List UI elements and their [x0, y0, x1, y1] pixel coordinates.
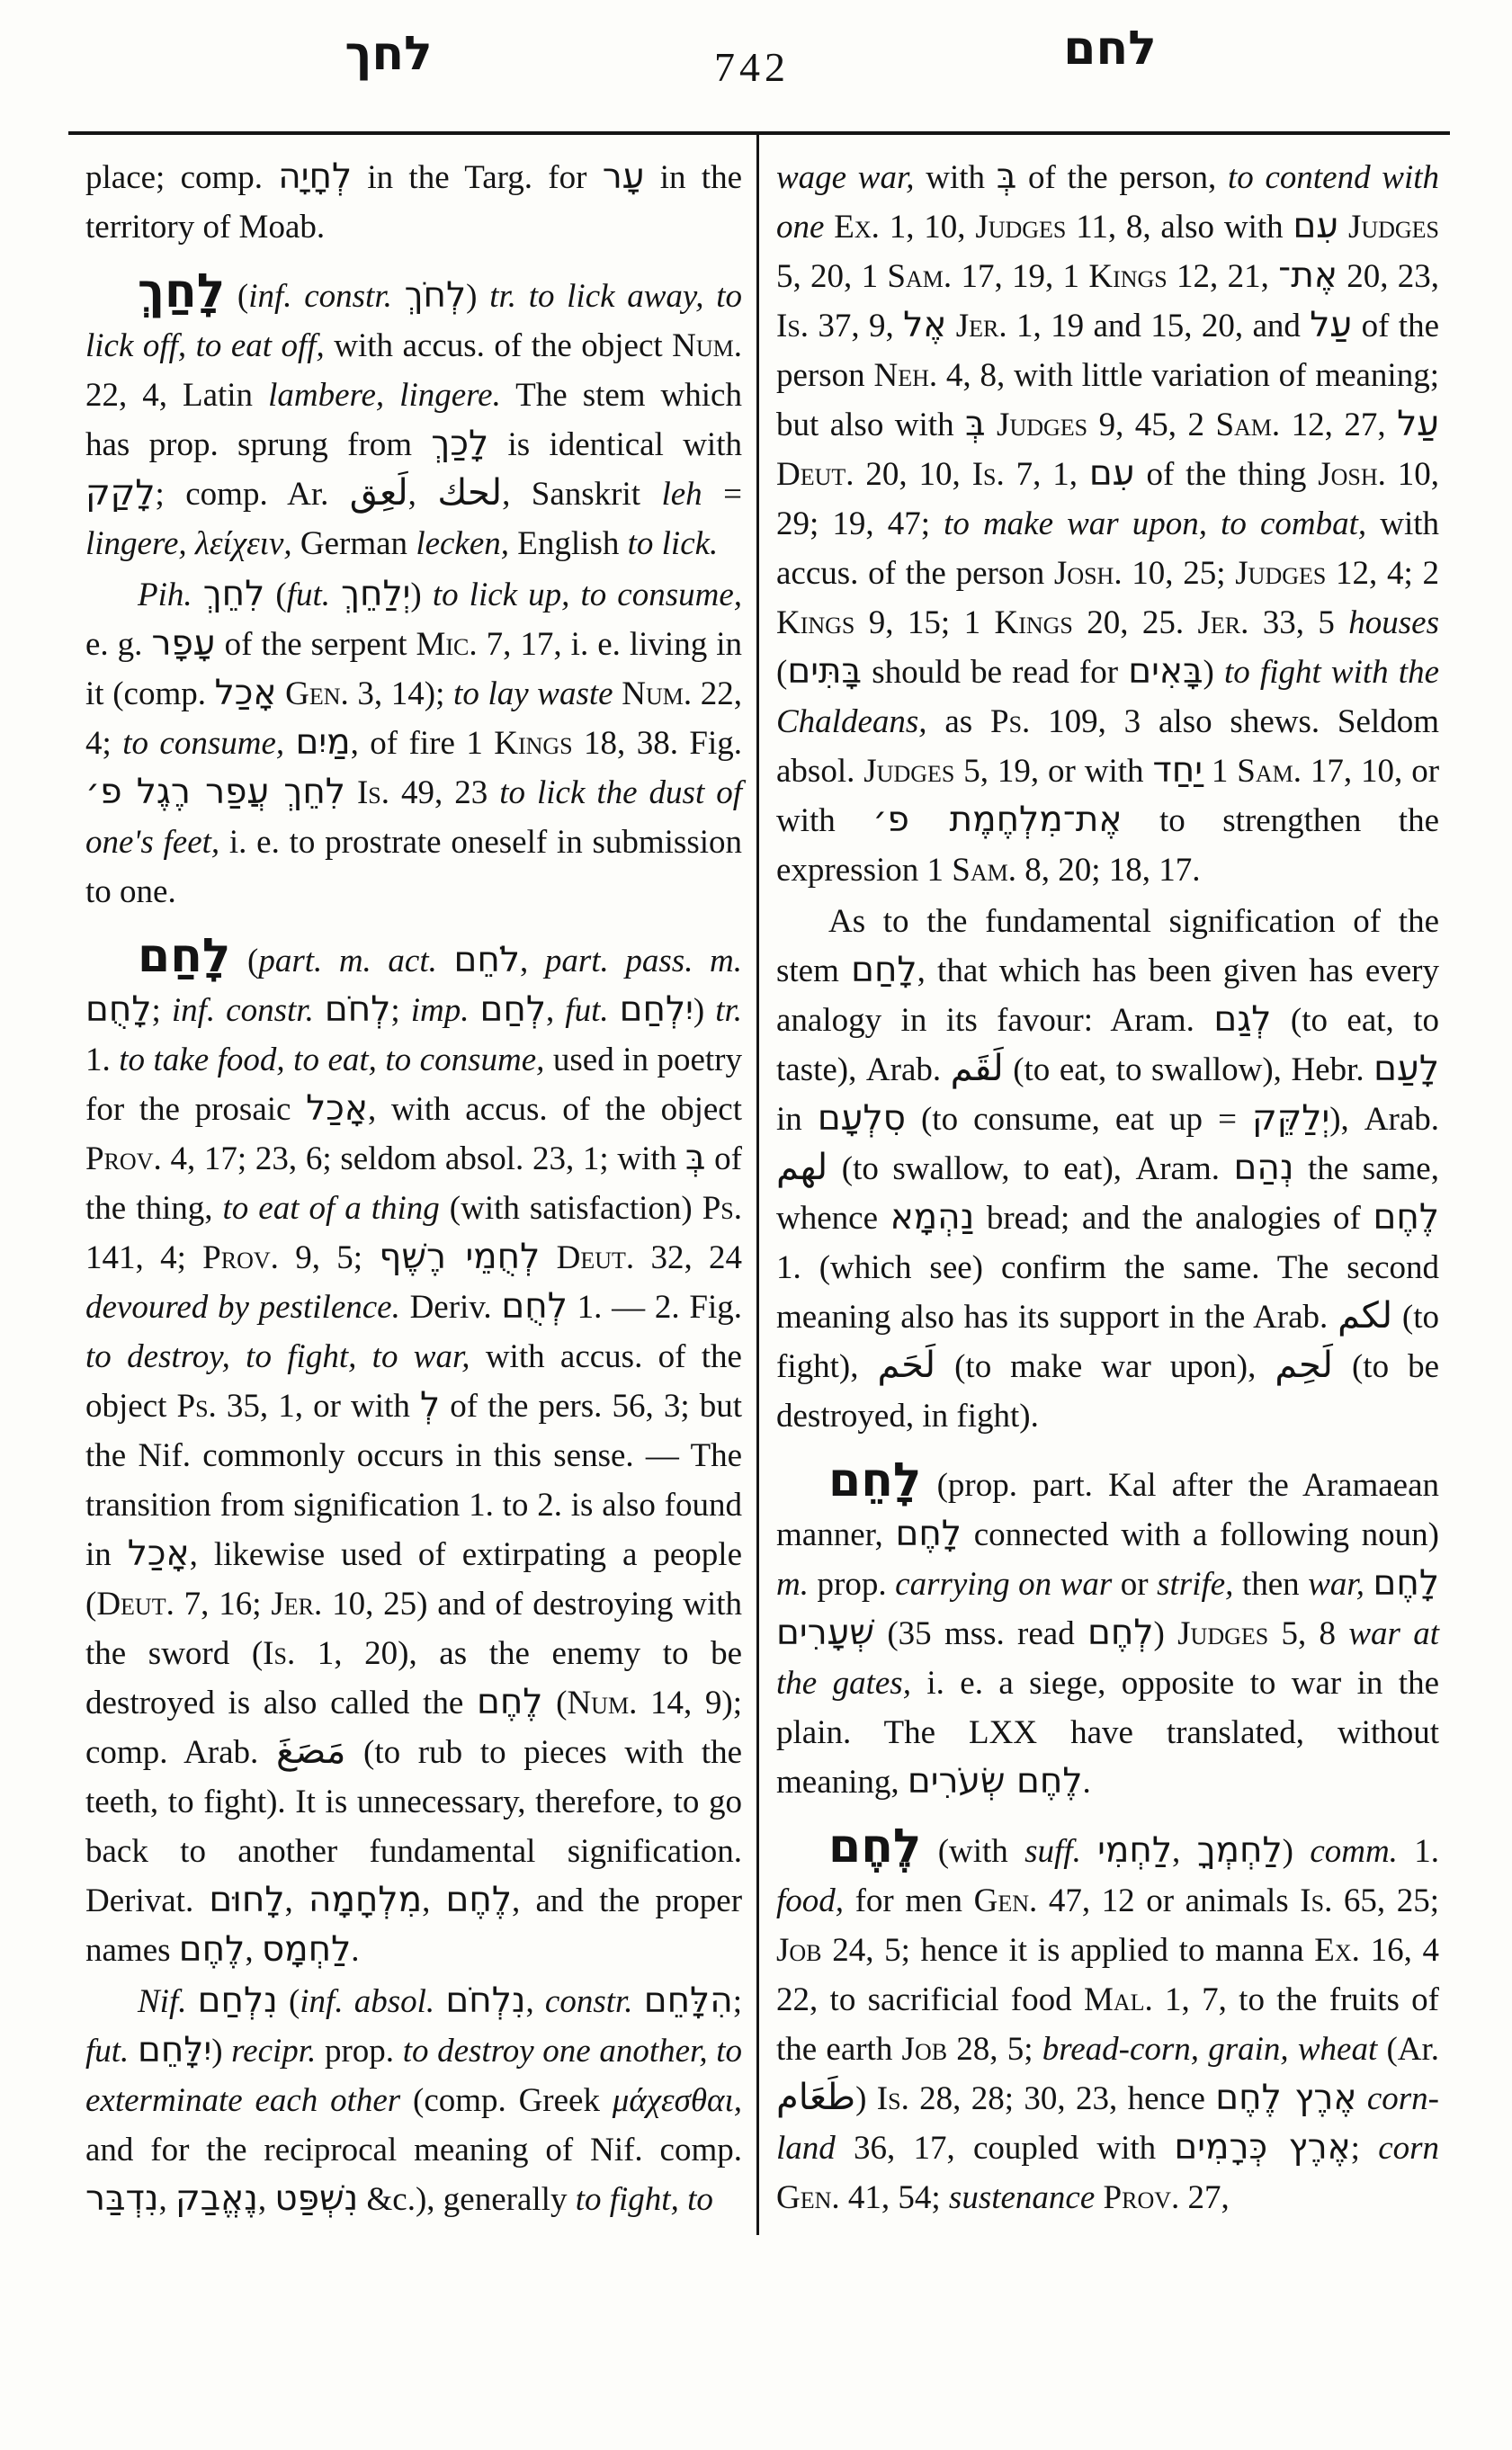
text-run: 17, 19, 1 [952, 258, 1088, 295]
text-run: 37, 9, [809, 308, 903, 344]
text-run: ( [542, 1685, 567, 1721]
hebrew-text: נְהַם [1234, 1148, 1294, 1188]
text-run [540, 1239, 556, 1276]
text-run: ; comp. Ar. [156, 476, 350, 513]
scripture-ref: Deut. [96, 1586, 174, 1623]
text-run: 20, 23, [1338, 258, 1439, 295]
scripture-ref: Prov. [202, 1239, 279, 1276]
hebrew-text: אֶרֶץ לֶחֶם [1215, 2078, 1356, 2118]
text-run: in the Targ. for [352, 159, 603, 196]
hebrew-text: בְּ [965, 404, 986, 444]
scripture-ref: Judges [863, 753, 954, 790]
text-run: 32, 24 [634, 1239, 742, 1276]
scripture-ref: Deut. [557, 1239, 635, 1276]
scripture-ref: Jer. [271, 1586, 322, 1623]
text-run: to consume, [122, 725, 284, 762]
hebrew-text: אֶרֶץ כְּרָמִים [1174, 2127, 1350, 2168]
hebrew-headword: לֶחֶם [828, 1820, 921, 1873]
hebrew-text: עַל [1310, 305, 1352, 345]
scripture-ref: Prov. [1104, 2179, 1180, 2216]
text-run: part. pass. m. [545, 943, 742, 979]
scripture-ref: Judges [1177, 1615, 1268, 1652]
text-run: 20, 25. [1073, 604, 1198, 641]
text-run [986, 407, 997, 443]
text-run: 35, 1, or with [217, 1388, 420, 1425]
text-run [633, 1983, 644, 2020]
text-run: comm. [1310, 1833, 1398, 1870]
hebrew-text: אָכַל [215, 673, 277, 713]
left-paragraph-2: לָחַךְ (inf. constr. לְחֹךְ) tr. to lick… [85, 268, 742, 568]
text-run [1364, 1566, 1373, 1603]
hebrew-text: יִלְחַם [620, 989, 693, 1030]
text-run: sustenance [949, 2179, 1095, 2216]
scripture-ref: Job [902, 2031, 948, 2068]
text-run: ) [693, 992, 715, 1029]
text-run: English [509, 525, 628, 562]
scripture-ref: Is. [357, 774, 389, 811]
left-paragraph-5: Nif. נִלְחַם (inf. absol. נִלְחֹם, const… [85, 1977, 742, 2224]
text-run: (Ar. [1377, 2031, 1439, 2068]
text-run: 5, 19, or with [954, 753, 1152, 790]
hebrew-text: לְ [420, 1385, 440, 1426]
hebrew-text: לְחֶם [1087, 1613, 1154, 1653]
hebrew-text: עָר [603, 156, 645, 197]
hebrew-text: אֶל [903, 305, 946, 345]
text-run: 141, 4; [85, 1239, 202, 1276]
hebrew-text: נַהְמָא [890, 1197, 975, 1238]
text-run: bread; and the analogies of [974, 1200, 1373, 1237]
text-run: ) [211, 2033, 231, 2070]
hebrew-text: לֹחֵם [453, 940, 520, 980]
text-run: ; [733, 1983, 742, 2020]
text-run: to lick. [628, 525, 719, 562]
text-run: , [520, 943, 545, 979]
text-run: lingere, [85, 525, 187, 562]
text-run: tr. [715, 992, 742, 1029]
text-run: 27, [1179, 2179, 1230, 2216]
text-run: imp. [411, 992, 470, 1029]
scripture-ref: Judges [1235, 555, 1326, 592]
text-run: is identical with [488, 426, 742, 463]
text-run: fut. [565, 992, 608, 1029]
column-divider [756, 135, 759, 2235]
hebrew-text: לְחַם [479, 989, 546, 1030]
scripture-ref: Ex. [834, 209, 880, 246]
scripture-ref: Judges [975, 209, 1066, 246]
text-run: ( [264, 577, 286, 613]
text-run: 41, 54; [840, 2179, 949, 2216]
hebrew-text: יְלַחֵךְ [341, 574, 410, 614]
text-run: ( [230, 943, 258, 979]
text-run: in [776, 1101, 818, 1138]
text-run: to take food, to eat, to consume, [119, 1042, 544, 1078]
text-run: to destroy, to fight, to war, [85, 1338, 470, 1375]
scripture-ref: Is. [972, 456, 1005, 493]
left-paragraph-3: Pih. לִחֵךְ (fut. יְלַחֵךְ) to lick up, … [85, 570, 742, 917]
text-run: 49, 23 [389, 774, 499, 811]
text-run: ; [152, 992, 172, 1029]
hebrew-text: בָּתִּים [787, 651, 862, 692]
text-run [613, 675, 622, 712]
text-run: Deriv. [400, 1289, 502, 1326]
right-column: wage war, with בְּ of the person, to con… [776, 153, 1439, 2222]
hebrew-text: לְחֻמֵי רֶשֶׁף [379, 1237, 540, 1277]
text-run: of the serpent [216, 626, 416, 663]
text-run: 24, 5; hence it is applied to manna [822, 1932, 1315, 1969]
text-run: 5, 8 [1268, 1615, 1348, 1652]
text-run [946, 308, 955, 344]
scripture-ref: Is. [776, 308, 809, 344]
hebrew-text: יְלַקֵּק [1252, 1098, 1329, 1139]
text-run: , Sanskrit [502, 476, 661, 513]
text-run [284, 725, 295, 762]
hebrew-headword: לָחֵם [828, 1453, 921, 1507]
hebrew-text: לָחֶם [895, 1514, 962, 1554]
scripture-ref: Num. [567, 1685, 637, 1721]
text-run: (with satisfaction) [440, 1190, 702, 1227]
text-run: 28, 5; [947, 2031, 1042, 2068]
hebrew-text: לְחָיָה [278, 156, 352, 197]
left-paragraph-1: place; comp. לְחָיָה in the Targ. for עָ… [85, 153, 742, 252]
scripture-ref: Kings [776, 604, 854, 641]
text-run [187, 1983, 198, 2020]
text-run: inf. constr. [172, 992, 314, 1029]
hebrew-text: לַחְמִי [1097, 1830, 1172, 1871]
running-head-right: לחם [1063, 25, 1156, 72]
hebrew-headword: לָחַם [138, 929, 230, 983]
text-run: Pih. [138, 577, 192, 613]
text-run: 10, 25; [1123, 555, 1236, 592]
text-run: should be read for [862, 654, 1128, 691]
hebrew-text: עִם [1089, 453, 1135, 494]
page-number: 742 [714, 47, 790, 88]
running-head-left: לחך [344, 31, 432, 77]
text-run: 1, 19 and 15, 20, and [1007, 308, 1311, 344]
text-run: , [525, 1983, 544, 2020]
text-run: 36, 17, coupled with [836, 2130, 1175, 2167]
text-run [1338, 209, 1348, 246]
text-run: German [292, 525, 416, 562]
header-rule [68, 131, 1450, 135]
text-run: 9, 15; 1 [854, 604, 994, 641]
hebrew-text: לְחֹךְ [405, 275, 467, 316]
text-run [1356, 2080, 1366, 2117]
scripture-ref: Sam. [887, 258, 952, 295]
hebrew-text: עַל [1397, 404, 1439, 444]
text-run: 33, 5 [1248, 604, 1348, 641]
scripture-ref: Jer. [956, 308, 1007, 344]
text-run: ) [1203, 654, 1224, 691]
text-run [469, 992, 479, 1029]
text-run [330, 577, 341, 613]
text-run: (to consume, eat up = [906, 1101, 1252, 1138]
arabic-text: طَعَام [776, 2077, 855, 2118]
text-run: houses [1348, 604, 1439, 641]
greek-text: λείχειν, [195, 525, 292, 562]
text-run: 1. — 2. Fig. [568, 1289, 742, 1326]
text-run: 1, 10, [880, 209, 975, 246]
arabic-text: لكم [1338, 1295, 1392, 1337]
text-run: ; [390, 992, 410, 1029]
text-run: , with accus. of the object [368, 1091, 742, 1128]
text-run: for men [844, 1882, 974, 1919]
text-run: constr. [545, 1983, 633, 2020]
text-run [276, 675, 285, 712]
text-run: with accus. of the object [325, 327, 672, 364]
text-run: 9, 45, 2 [1087, 407, 1215, 443]
text-run [129, 2033, 138, 2070]
left-column: place; comp. לְחָיָה in the Targ. for עָ… [85, 153, 742, 2224]
text-run: ( [225, 278, 248, 315]
hebrew-text: נֶאֱבַק [175, 2178, 258, 2219]
hebrew-text: לֶחֶם [446, 1880, 513, 1920]
hebrew-text: אֶת־מִלְחֶמֶת פ׳ [872, 800, 1122, 840]
scripture-ref: Prov. [85, 1140, 162, 1177]
text-run: , [258, 2181, 275, 2218]
text-run: 4, 17; 23, 6; seldom absol. 23, 1; with [162, 1140, 685, 1177]
text-run: 47, 12 or animals [1037, 1882, 1300, 1919]
scripture-ref: Ps. [990, 703, 1030, 740]
scripture-ref: Is. [1300, 1882, 1332, 1919]
text-run: 8, 20; 18, 17. [1016, 852, 1201, 889]
hebrew-text: לָחֻם [85, 989, 152, 1030]
text-run: 7, 1, [1005, 456, 1089, 493]
text-run: as [927, 703, 990, 740]
text-run: prop. [316, 2033, 402, 2070]
scripture-ref: Sam. [1215, 407, 1280, 443]
hebrew-text: לֶחֶם [477, 1682, 543, 1722]
hebrew-text: עִם [1293, 206, 1338, 246]
text-run: inf. constr. [248, 278, 392, 315]
text-run: m. [776, 1566, 809, 1603]
arabic-text: لهم [776, 1147, 828, 1188]
scripture-ref: Neh. [873, 357, 937, 394]
hebrew-text: לֶחֶם שְׂעֹרִים [908, 1761, 1083, 1802]
text-run: , [546, 992, 565, 1029]
text-run [314, 992, 325, 1029]
hebrew-text: אָכַל [128, 1533, 190, 1574]
text-run: of the person, [1016, 159, 1228, 196]
arabic-text: لَقَم [951, 1048, 1004, 1089]
text-run: and for the reciprocal meaning of Nif. c… [85, 2132, 742, 2168]
scripture-ref: Josh. [1318, 456, 1386, 493]
text-run: ) [410, 577, 432, 613]
text-run: with [915, 159, 997, 196]
text-run: 7, 16; [174, 1586, 272, 1623]
hebrew-text: לִחֵךְ עֲפַר רֶגֶל פ׳ [85, 772, 345, 812]
hebrew-text: לַחְמָס [262, 1929, 351, 1970]
text-run: 9, 5; [279, 1239, 379, 1276]
hebrew-text: עָפָר [151, 623, 215, 664]
text-run: , of fire 1 [351, 725, 495, 762]
arabic-text: لَحَم [877, 1345, 935, 1386]
text-run: connected with a following noun) [962, 1516, 1439, 1553]
text-run: 12, 21, [1168, 258, 1278, 295]
scripture-ref: Kings [494, 725, 572, 762]
text-run: bread-corn, grain, wheat [1042, 2031, 1378, 2068]
scripture-ref: Jer. [1198, 604, 1249, 641]
scripture-ref: Mal. [1084, 1981, 1153, 2018]
text-run: 12, 27, [1280, 407, 1397, 443]
hebrew-text: לַחְמְךָ [1197, 1830, 1283, 1871]
hebrew-text: בְּ [997, 156, 1017, 197]
right-paragraph-2: As to the fundamental signification of t… [776, 897, 1439, 1441]
arabic-text: لَحِم [1275, 1345, 1333, 1386]
text-run: part. m. act. [258, 943, 437, 979]
hebrew-text: לָחוּם [209, 1880, 284, 1920]
hebrew-text: נִלְחֹם [445, 1981, 525, 2021]
text-run: (35 mss. read [874, 1615, 1087, 1652]
hebrew-text: יַחַד [1152, 750, 1203, 791]
scripture-ref: Deut. [776, 456, 854, 493]
text-run: , [422, 1882, 445, 1919]
hebrew-headword: לָחַךְ [138, 264, 225, 318]
text-run: 3, 14); [349, 675, 453, 712]
right-paragraph-4: לֶחֶם (with suff. לַחְמִי, לַחְמְךָ) com… [776, 1823, 1439, 2222]
scripture-ref: Gen. [285, 675, 349, 712]
text-run [824, 209, 834, 246]
scripture-ref: Kings [994, 604, 1072, 641]
greek-text: μάχεσθαι, [613, 2082, 742, 2119]
text-run: to lick up, to consume, [433, 577, 742, 613]
hebrew-text: נִדְבַּר [85, 2178, 158, 2219]
hebrew-text: לֶחֶם [1373, 1197, 1439, 1238]
hebrew-text: לֶחֶם [179, 1929, 246, 1970]
text-run [345, 774, 357, 811]
hebrew-text: מִלְחָמָה [309, 1880, 422, 1920]
text-run: ) [1283, 1833, 1311, 1870]
text-run: (to swallow, to eat), Aram. [828, 1150, 1233, 1187]
text-run: (comp. Greek [400, 2082, 613, 2119]
scripture-ref: Num. [672, 327, 742, 364]
hebrew-text: בְּ [685, 1138, 706, 1178]
text-run: leh [661, 476, 702, 513]
text-run [392, 278, 405, 315]
hebrew-text: לְחֻם [501, 1286, 568, 1327]
text-run: Nif. [138, 1983, 187, 2020]
text-run: wage war, [776, 159, 915, 196]
text-run: to lay waste [453, 675, 613, 712]
text-run: suff. [1024, 1833, 1081, 1870]
text-run: 28, 28; 30, 23, hence [909, 2080, 1215, 2117]
text-run: 18, 38. Fig. [573, 725, 742, 762]
hebrew-text: נִלְחַם [198, 1981, 278, 2021]
scripture-ref: Ps. [177, 1388, 217, 1425]
text-run: . [351, 1932, 359, 1969]
scripture-ref: Is. [877, 2080, 909, 2117]
text-run: prop. [809, 1566, 895, 1603]
left-paragraph-4: לָחַם (part. m. act. לֹחֵם, part. pass. … [85, 933, 742, 1975]
hebrew-text: אָכַל [306, 1088, 368, 1129]
text-run: , [158, 2181, 175, 2218]
text-run: corn [1378, 2130, 1439, 2167]
text-run: , [1172, 1833, 1197, 1870]
text-run: devoured by pestilence. [85, 1289, 400, 1326]
hebrew-text: אֶת־ [1278, 255, 1338, 296]
text-run: fut. [85, 2033, 129, 2070]
hebrew-text: לָכַךְ [431, 424, 488, 464]
text-run: strife, [1157, 1566, 1233, 1603]
hebrew-text: לָעַם [1373, 1049, 1439, 1089]
text-run: lambere, lingere. [268, 377, 501, 414]
hebrew-text: לָחַם [851, 950, 917, 990]
scripture-ref: Ex. [1314, 1932, 1360, 1969]
text-run: ( [776, 654, 787, 691]
text-run: = [702, 476, 742, 513]
scripture-ref: Ps. [702, 1190, 742, 1227]
text-run: ( [278, 1983, 300, 2020]
text-run: lecken, [416, 525, 509, 562]
lexicon-page: לחך 742 לחם place; comp. לְחָיָה in the … [0, 0, 1512, 2450]
text-run: of the thing [1135, 456, 1319, 493]
text-run: then [1233, 1566, 1308, 1603]
hebrew-text: לָקַק [85, 473, 156, 514]
scripture-ref: Josh. [1054, 555, 1123, 592]
hebrew-text: בָּאִים [1128, 651, 1203, 692]
hebrew-text: יִלָּחֵם [138, 2030, 211, 2070]
text-run [437, 943, 454, 979]
arabic-text: لَعِق [350, 472, 408, 514]
arabic-text: لحك [437, 472, 502, 514]
text-run: (to make war upon), [935, 1348, 1275, 1385]
scripture-ref: Gen. [776, 2179, 840, 2216]
text-run: , [408, 476, 438, 513]
hebrew-text: לְחֹם [325, 989, 391, 1030]
text-run: e. g. [85, 626, 151, 663]
text-run: 1. [1398, 1833, 1439, 1870]
text-run: inf. absol. [300, 1983, 434, 2020]
right-paragraph-3: לָחֵם (prop. part. Kal after the Aramaea… [776, 1457, 1439, 1807]
hebrew-text: נִשְׁפַּט [274, 2178, 358, 2219]
text-run: to eat of a thing [223, 1190, 440, 1227]
text-run: , [245, 1932, 262, 1969]
text-run [1081, 1833, 1097, 1870]
text-run: ) [855, 2080, 877, 2117]
text-run: (to eat, to swallow), Hebr. [1004, 1051, 1373, 1088]
text-run: to fight, to [576, 2181, 713, 2218]
text-run: fut. [287, 577, 330, 613]
text-run: carrying on war [895, 1566, 1112, 1603]
text-run: 20, 10, [854, 456, 972, 493]
text-run: 65, 25; [1332, 1882, 1439, 1919]
text-run: . [1083, 1764, 1091, 1801]
text-run [1095, 2179, 1103, 2216]
text-run [434, 1983, 445, 2020]
scripture-ref: Kings [1088, 258, 1167, 295]
text-run: to make war upon, to combat, [944, 505, 1366, 542]
scripture-ref: Mic. [416, 626, 478, 663]
text-run: war, [1308, 1566, 1364, 1603]
text-run [192, 577, 203, 613]
text-run: (with [921, 1833, 1024, 1870]
scripture-ref: Gen. [974, 1882, 1038, 1919]
hebrew-text: סִלְעָם [818, 1098, 906, 1139]
hebrew-text: לִחֵךְ [203, 574, 265, 614]
scripture-ref: Judges [1348, 209, 1439, 246]
text-run: recipr. [231, 2033, 316, 2070]
text-run: 22, 4, Latin [85, 377, 268, 414]
text-run [187, 525, 195, 562]
text-run: 1 [1203, 753, 1237, 790]
scripture-ref: Job [776, 1932, 822, 1969]
text-run: ; [1351, 2130, 1379, 2167]
text-run [609, 992, 620, 1029]
right-paragraph-1: wage war, with בְּ of the person, to con… [776, 153, 1439, 895]
text-run: place; comp. [85, 159, 278, 196]
text-run: food, [776, 1882, 844, 1919]
text-run: 12, 4; 2 [1326, 555, 1439, 592]
text-run: 5, 20, 1 [776, 258, 887, 295]
